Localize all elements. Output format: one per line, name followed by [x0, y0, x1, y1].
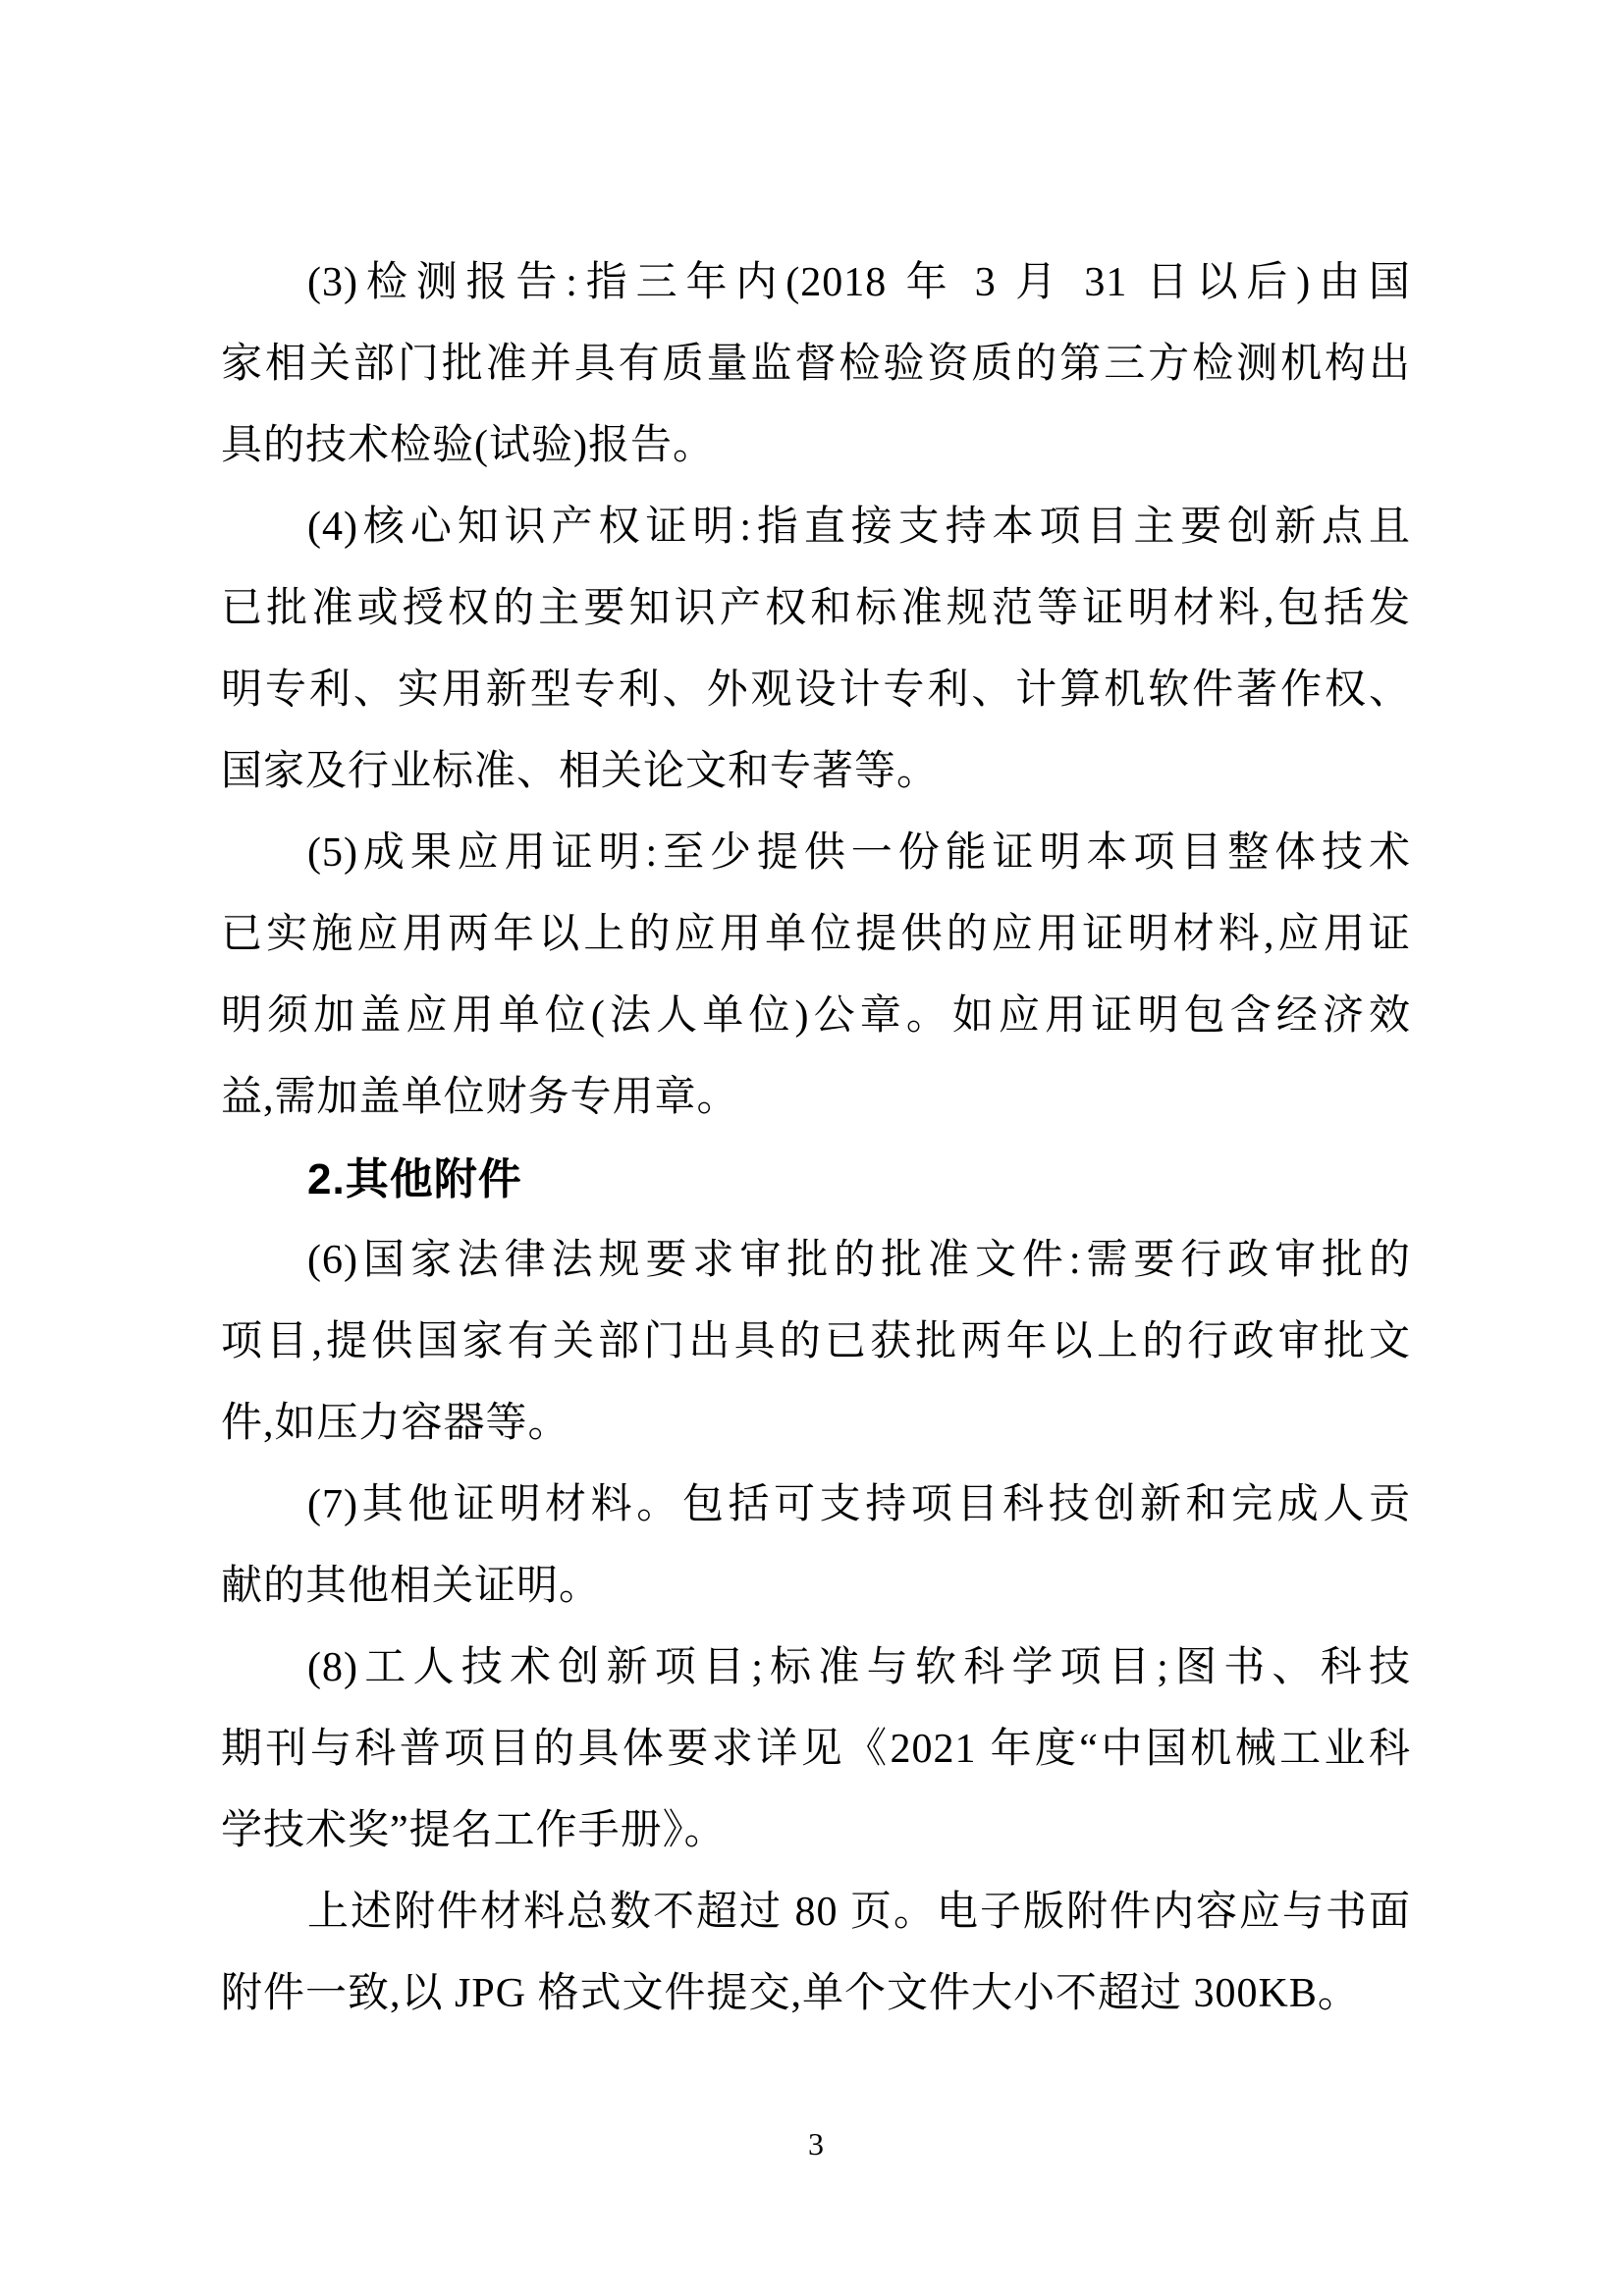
item-3-line-2: 家相关部门批准并具有质量监督检验资质的第三方检测机构出 — [221, 324, 1411, 405]
limits-line-1: 上述附件材料总数不超过 80 页。电子版附件内容应与书面 — [221, 1872, 1411, 1953]
item-3-line-3: 具的技术检验(试验)报告。 — [221, 405, 1411, 487]
item-3-line-1: (3)检测报告:指三年内(2018 年 3 月 31 日以后)由国 — [221, 242, 1411, 324]
item-5-line-3: 明须加盖应用单位(法人单位)公章。如应用证明包含经济效 — [221, 976, 1411, 1057]
item-5-line-2: 已实施应用两年以上的应用单位提供的应用证明材料,应用证 — [221, 894, 1411, 976]
item-6-line-1: (6)国家法律法规要求审批的批准文件:需要行政审批的 — [221, 1220, 1411, 1302]
item-6-line-3: 件,如压力容器等。 — [221, 1383, 1411, 1465]
section-heading-other-attachments: 2.其他附件 — [221, 1139, 1411, 1220]
item-4-line-3: 明专利、实用新型专利、外观设计专利、计算机软件著作权、 — [221, 650, 1411, 731]
item-8-line-2: 期刊与科普项目的具体要求详见《2021 年度“中国机械工业科 — [221, 1709, 1411, 1790]
page-footer: 3 — [221, 2123, 1411, 2164]
item-7-line-1: (7)其他证明材料。包括可支持项目科技创新和完成人贡 — [221, 1465, 1411, 1546]
item-6-line-2: 项目,提供国家有关部门出具的已获批两年以上的行政审批文 — [221, 1302, 1411, 1383]
document-page: (3)检测报告:指三年内(2018 年 3 月 31 日以后)由国 家相关部门批… — [0, 0, 1624, 2296]
item-5-line-4: 益,需加盖单位财务专用章。 — [221, 1057, 1411, 1139]
item-5-line-1: (5)成果应用证明:至少提供一份能证明本项目整体技术 — [221, 813, 1411, 894]
item-4-line-1: (4)核心知识产权证明:指直接支持本项目主要创新点且 — [221, 487, 1411, 568]
item-8-line-3: 学技术奖”提名工作手册》。 — [221, 1790, 1411, 1872]
limits-line-2: 附件一致,以 JPG 格式文件提交,单个文件大小不超过 300KB。 — [221, 1953, 1411, 2035]
item-8-line-1: (8)工人技术创新项目;标准与软科学项目;图书、科技 — [221, 1628, 1411, 1709]
item-4-line-4: 国家及行业标准、相关论文和专著等。 — [221, 731, 1411, 813]
page-number: 3 — [808, 2126, 824, 2162]
item-4-line-2: 已批准或授权的主要知识产权和标准规范等证明材料,包括发 — [221, 568, 1411, 650]
document-body: (3)检测报告:指三年内(2018 年 3 月 31 日以后)由国 家相关部门批… — [221, 242, 1411, 2035]
item-7-line-2: 献的其他相关证明。 — [221, 1546, 1411, 1628]
